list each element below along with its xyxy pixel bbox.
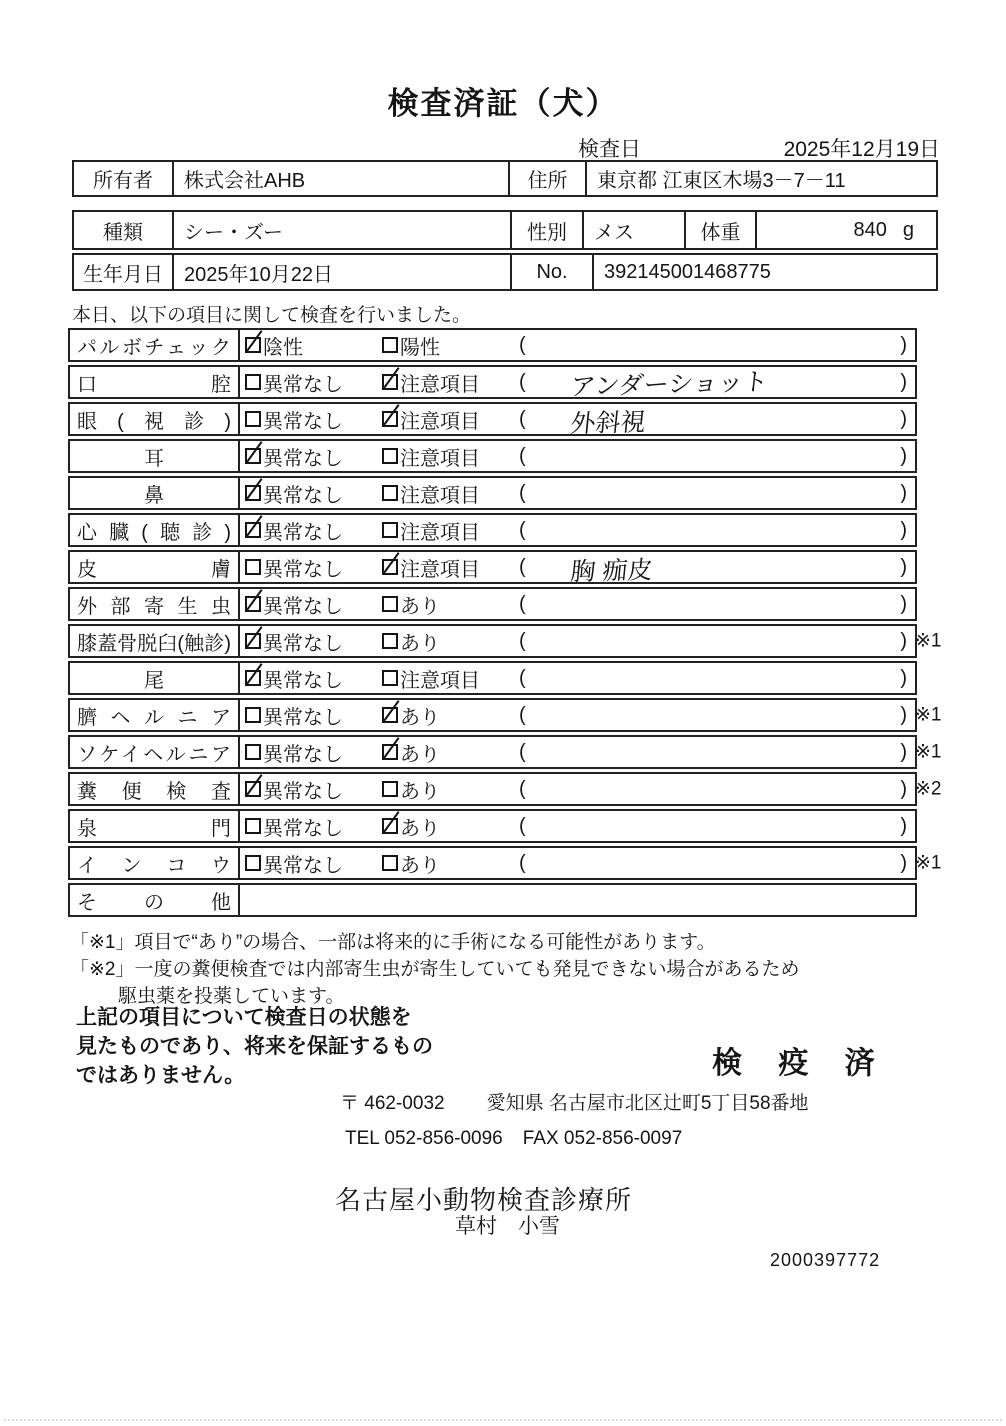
handwritten-note: [570, 525, 901, 534]
handwritten-note: [570, 710, 901, 719]
clinic-tel-line: TEL 052-856-0096FAX 052-856-0097: [345, 1128, 682, 1150]
address-label: 住所: [510, 162, 587, 195]
intro-text: 本日、以下の項目に関して検査を行いました。: [72, 300, 471, 327]
handwritten-note: [570, 858, 901, 867]
footnote-mark: ※2: [915, 778, 955, 801]
clinic-tel: TEL 052-856-0096: [345, 1128, 503, 1149]
footnote-mark: ※1: [915, 704, 955, 727]
exam-row-tail: 尾 異常なし 注意項目 (): [68, 661, 917, 695]
checkbox-present[interactable]: [382, 633, 398, 649]
breed-label: 種類: [74, 212, 174, 248]
clinic-postal: 〒 462-0032: [340, 1093, 445, 1114]
disclaimer-statement: 上記の項目について検査日の状態を 見たものであり、将来を保証するもの ではありま…: [76, 1003, 433, 1090]
handwritten-note: [570, 488, 901, 497]
checkbox-positive[interactable]: [382, 337, 398, 353]
footnote-mark: ※1: [915, 852, 955, 875]
exam-row-heart: 心臓(聴診) 異常なし 注意項目 (): [68, 513, 917, 547]
owner-table: 所有者 株式会社AHB 住所 東京都 江東区木場3－7－11: [72, 160, 938, 197]
no-value: 392145001468775: [594, 255, 936, 289]
checkbox-normal[interactable]: [245, 744, 261, 760]
checkbox-present[interactable]: [382, 818, 398, 834]
handwritten-note: [570, 340, 901, 349]
checkbox-normal[interactable]: [245, 448, 261, 464]
examiner-name: 草村 小雪: [455, 1210, 560, 1240]
exam-row-umbilical-hernia: 臍ヘルニア 異常なし あり () ※1: [68, 698, 917, 732]
exam-item-label: 泉門: [70, 811, 240, 841]
checkbox-present[interactable]: [382, 781, 398, 797]
exam-item-label: その他: [70, 885, 240, 915]
weight-unit: g: [903, 219, 914, 242]
exam-row-skin: 皮膚 異常なし 注意項目 (胸 痂皮): [68, 550, 917, 584]
certificate-page: 検査済証（犬） 検査日 2025年12月19日 所有者 株式会社AHB 住所 東…: [0, 0, 1006, 1426]
checkbox-present[interactable]: [382, 596, 398, 612]
scan-edge-artifact: [4, 1419, 1002, 1421]
checkbox-normal[interactable]: [245, 374, 261, 390]
address-value: 東京都 江東区木場3－7－11: [587, 162, 936, 195]
exam-row-parvo: パルボチェック 陰性 陽性 (): [68, 328, 917, 362]
exam-item-label: 外部寄生虫: [70, 589, 240, 619]
checkbox-negative[interactable]: [245, 337, 261, 353]
checkbox-normal[interactable]: [245, 781, 261, 797]
exam-row-patella: 膝蓋骨脱臼(触診) 異常なし あり () ※1: [68, 624, 917, 658]
clinic-fax: FAX 052-856-0097: [523, 1128, 683, 1149]
exam-item-label: 膝蓋骨脱臼(触診): [70, 626, 240, 656]
breed-value: シー・ズー: [174, 212, 512, 248]
birth-value: 2025年10月22日: [174, 255, 512, 289]
exam-item-label: 尾: [70, 663, 240, 693]
handwritten-note: [570, 673, 901, 682]
exam-row-inkou: インコウ 異常なし あり () ※1: [68, 846, 917, 880]
checkbox-normal[interactable]: [245, 855, 261, 871]
checkbox-caution[interactable]: [382, 559, 398, 575]
checkbox-normal[interactable]: [245, 707, 261, 723]
checkbox-caution[interactable]: [382, 411, 398, 427]
clinic-address: 愛知県 名古屋市北区辻町5丁目58番地: [487, 1093, 809, 1114]
exam-item-label: 鼻: [70, 478, 240, 508]
exam-date-value: 2025年12月19日: [784, 133, 940, 163]
exam-item-label: 心臓(聴診): [70, 515, 240, 545]
sex-label: 性別: [512, 212, 584, 248]
clinic-address-line: 〒 462-0032愛知県 名古屋市北区辻町5丁目58番地: [340, 1088, 809, 1115]
birth-label: 生年月日: [74, 255, 174, 289]
exam-row-eyes: 眼(視診) 異常なし 注意項目 (外斜視): [68, 402, 917, 436]
handwritten-note: [570, 821, 901, 830]
checkbox-present[interactable]: [382, 744, 398, 760]
exam-row-fontanelle: 泉門 異常なし あり (): [68, 809, 917, 843]
handwritten-note: [570, 451, 901, 460]
exam-row-nose: 鼻 異常なし 注意項目 (): [68, 476, 917, 510]
exam-row-fecal-exam: 糞便検査 異常なし あり () ※2: [68, 772, 917, 806]
exam-row-mouth: 口腔 異常なし 注意項目 (アンダーショット): [68, 365, 917, 399]
pet-table-row2: 生年月日 2025年10月22日 No. 392145001468775: [72, 253, 938, 291]
checkbox-caution[interactable]: [382, 522, 398, 538]
exam-item-label: 臍ヘルニア: [70, 700, 240, 730]
no-label: No.: [512, 255, 594, 289]
checkbox-caution[interactable]: [382, 670, 398, 686]
checkbox-caution[interactable]: [382, 448, 398, 464]
checkbox-normal[interactable]: [245, 596, 261, 612]
footnote-mark: ※1: [915, 741, 955, 764]
footnote-1: 「※1」項目で“あり”の場合、一部は将来的に手術になる可能性があります。: [70, 927, 716, 954]
weight-value: 840: [854, 219, 887, 242]
checkbox-present[interactable]: [382, 855, 398, 871]
exam-item-label: 皮膚: [70, 552, 240, 582]
weight-value-cell: 840 g: [757, 212, 936, 248]
exam-row-external-parasites: 外部寄生虫 異常なし あり (): [68, 587, 917, 621]
exam-date-row: 検査日 2025年12月19日: [0, 133, 1006, 161]
exam-row-ears: 耳 異常なし 注意項目 (): [68, 439, 917, 473]
checkbox-normal[interactable]: [245, 559, 261, 575]
quarantine-stamp: 検 疫 済: [712, 1038, 889, 1082]
exam-table: パルボチェック 陰性 陽性 () 口腔 異常なし 注意項目 (アンダーショット)…: [68, 328, 917, 920]
exam-item-label: 眼(視診): [70, 404, 240, 434]
pet-table-row1: 種類 シー・ズー 性別 メス 体重 840 g: [72, 210, 938, 250]
owner-value: 株式会社AHB: [174, 162, 510, 195]
exam-item-label: 耳: [70, 441, 240, 471]
handwritten-note: [570, 784, 901, 793]
checkbox-present[interactable]: [382, 707, 398, 723]
exam-item-label: 糞便検査: [70, 774, 240, 804]
checkbox-normal[interactable]: [245, 485, 261, 501]
sex-value: メス: [584, 212, 686, 248]
weight-label: 体重: [686, 212, 757, 248]
handwritten-note: [570, 599, 901, 608]
checkbox-caution[interactable]: [382, 485, 398, 501]
page-title: 検査済証（犬）: [0, 78, 1006, 123]
exam-row-inguinal-hernia: ソケイヘルニア 異常なし あり () ※1: [68, 735, 917, 769]
handwritten-note: [570, 636, 901, 645]
checkbox-normal[interactable]: [245, 670, 261, 686]
exam-item-label: パルボチェック: [70, 330, 240, 360]
owner-label: 所有者: [74, 162, 174, 195]
serial-number: 2000397772: [770, 1250, 880, 1271]
exam-item-label: ソケイヘルニア: [70, 737, 240, 767]
checkbox-normal[interactable]: [245, 633, 261, 649]
exam-date-label: 検査日: [578, 133, 641, 163]
handwritten-note: [570, 747, 901, 756]
checkbox-caution[interactable]: [382, 374, 398, 390]
checkbox-normal[interactable]: [245, 818, 261, 834]
checkbox-normal[interactable]: [245, 411, 261, 427]
handwritten-note: 胸 痂皮: [569, 544, 903, 589]
footnote-mark: ※1: [915, 630, 955, 653]
exam-item-label: インコウ: [70, 848, 240, 878]
exam-item-label: 口腔: [70, 367, 240, 397]
footnote-2: 「※2」一度の糞便検査では内部寄生虫が寄生していても発見できない場合があるため: [70, 954, 800, 981]
exam-row-other: その他: [68, 883, 917, 917]
checkbox-normal[interactable]: [245, 522, 261, 538]
handwritten-note: 外斜視: [569, 396, 903, 441]
